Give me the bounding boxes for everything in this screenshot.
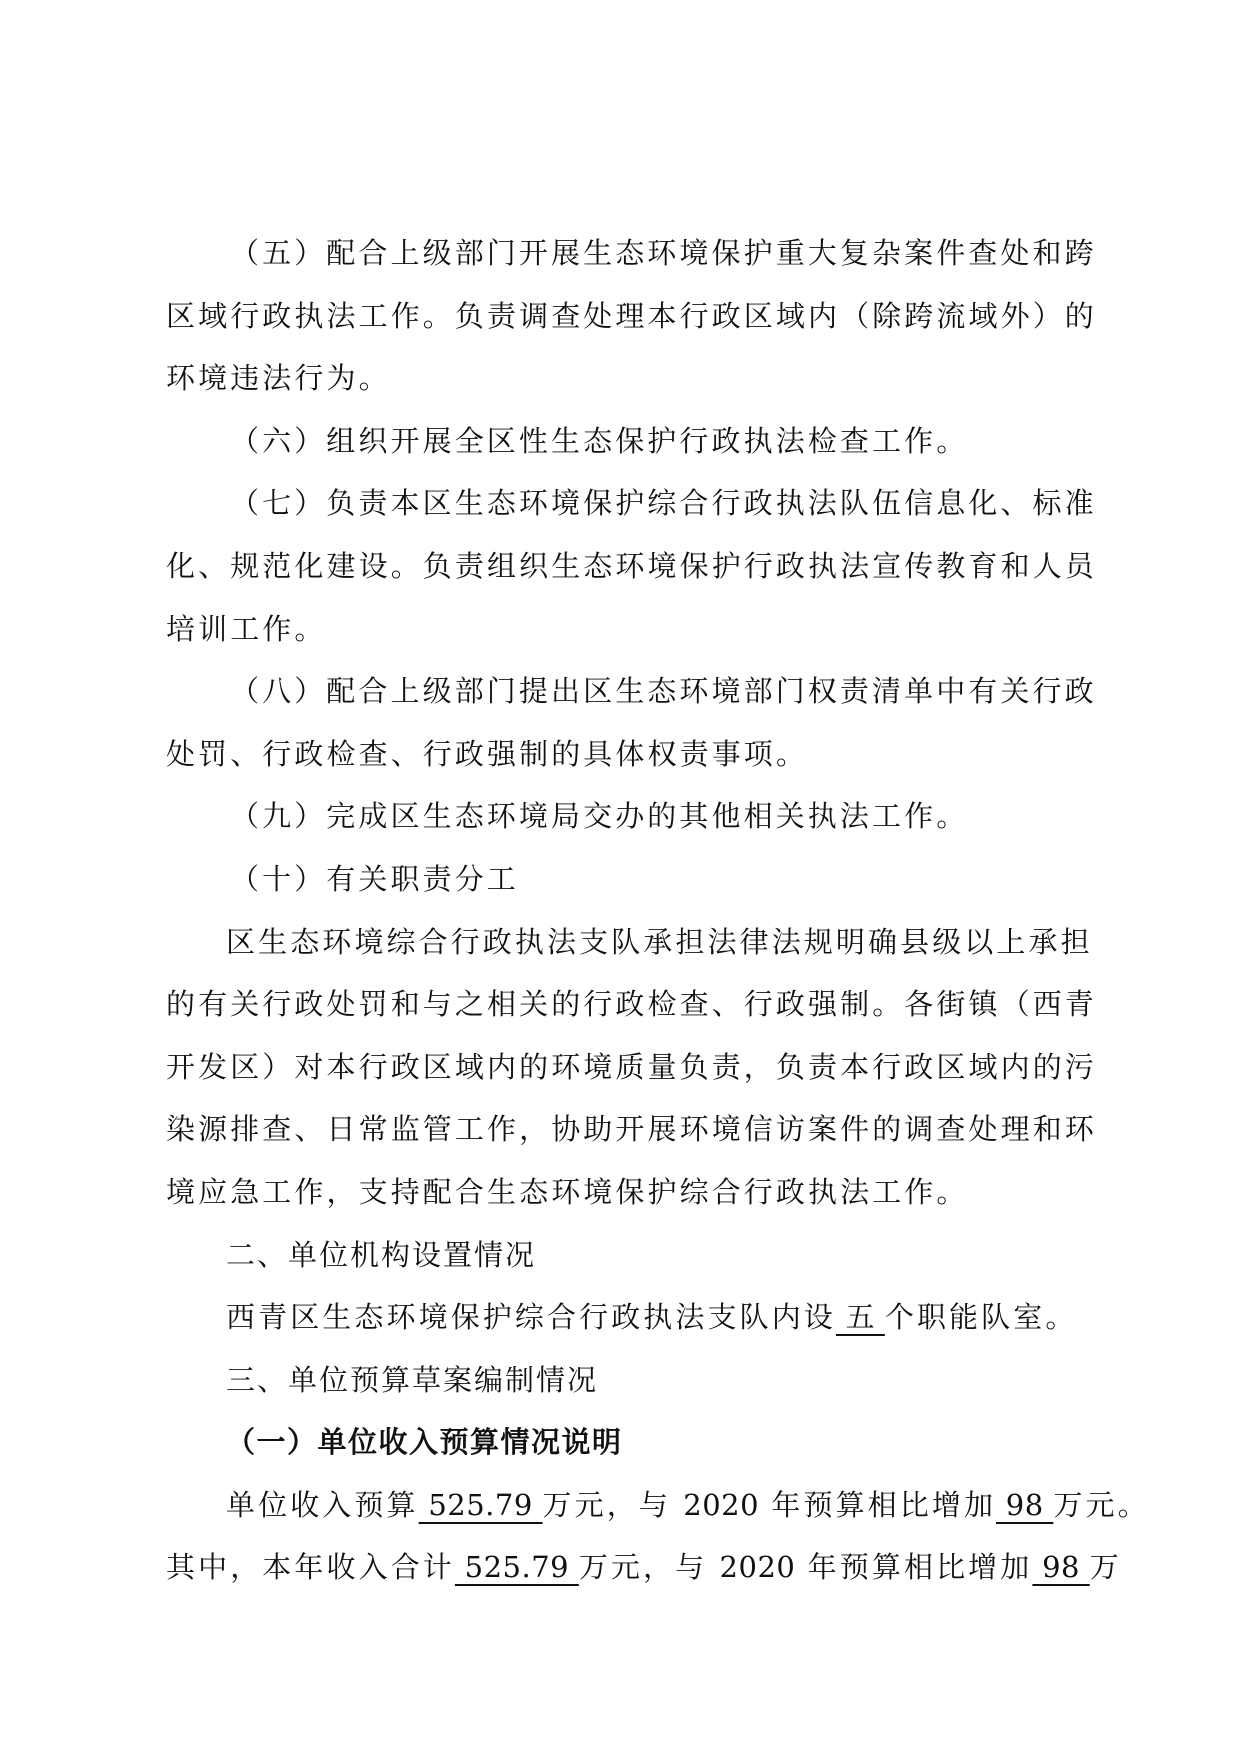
division-paragraph-line-3: 开发区）对本行政区域内的环境质量负责，负责本行政区域内的污 bbox=[166, 1036, 1070, 1099]
item-6-line-1: （六）组织开展全区性生态保护行政执法检查工作。 bbox=[166, 410, 1070, 473]
item-7-line-3: 培训工作。 bbox=[166, 598, 1070, 661]
item-7-line-2: 化、规范化建设。负责组织生态环境保护行政执法宣传教育和人员 bbox=[166, 535, 1070, 598]
total-text-c: 年预算相比增加 bbox=[795, 1550, 1032, 1584]
income-label: 单位收入预算 bbox=[226, 1488, 419, 1522]
income-text-d: 万元。 bbox=[1053, 1488, 1149, 1522]
total-amount-blank: 525.79 bbox=[455, 1550, 579, 1584]
section-3-heading: 三、单位预算草案编制情况 bbox=[166, 1349, 1070, 1412]
total-increase-blank: 98 bbox=[1032, 1550, 1089, 1584]
section-2-text-before: 西青区生态环境保护综合行政执法支队内设 bbox=[226, 1300, 836, 1334]
total-text-d: 万 bbox=[1090, 1550, 1122, 1584]
total-year: 2020 bbox=[720, 1550, 796, 1584]
item-10-line-1: （十）有关职责分工 bbox=[166, 848, 1070, 911]
income-amount-blank: 525.79 bbox=[419, 1488, 543, 1522]
section-2-text-after: 个职能队室。 bbox=[885, 1300, 1078, 1334]
division-paragraph-line-5: 境应急工作，支持配合生态环境保护综合行政执法工作。 bbox=[166, 1161, 1070, 1224]
division-paragraph-line-4: 染源排查、日常监管工作，协助开展环境信访案件的调查处理和环 bbox=[166, 1098, 1070, 1161]
income-year: 2020 bbox=[683, 1488, 759, 1522]
item-8-line-2: 处罚、行政检查、行政强制的具体权责事项。 bbox=[166, 723, 1070, 786]
item-9-line-1: （九）完成区生态环境局交办的其他相关执法工作。 bbox=[166, 785, 1070, 848]
item-8-line-1: （八）配合上级部门提出区生态环境部门权责清单中有关行政 bbox=[166, 660, 1070, 723]
income-budget-line-2: 其中，本年收入合计 525.79 万元，与 2020 年预算相比增加 98 万 bbox=[166, 1536, 1070, 1599]
division-paragraph-line-1: 区生态环境综合行政执法支队承担法律法规明确县级以上承担 bbox=[166, 911, 1070, 974]
item-5-line-2: 区域行政执法工作。负责调查处理本行政区域内（除跨流域外）的 bbox=[166, 285, 1070, 348]
office-count-blank: 五 bbox=[836, 1300, 885, 1334]
income-text-c: 年预算相比增加 bbox=[759, 1488, 996, 1522]
section-3-subheading: （一）单位收入预算情况说明 bbox=[166, 1411, 1070, 1474]
income-increase-blank: 98 bbox=[996, 1488, 1053, 1522]
income-budget-line-1: 单位收入预算 525.79 万元，与 2020 年预算相比增加 98 万元。 bbox=[166, 1474, 1070, 1537]
total-label: 其中，本年收入合计 bbox=[166, 1550, 455, 1584]
income-text-b: 万元，与 bbox=[543, 1488, 684, 1522]
total-text-b: 万元，与 bbox=[579, 1550, 720, 1584]
document-page: （五）配合上级部门开展生态环境保护重大复杂案件查处和跨 区域行政执法工作。负责调… bbox=[166, 222, 1070, 1599]
item-5-line-3: 环境违法行为。 bbox=[166, 347, 1070, 410]
division-paragraph-line-2: 的有关行政处罚和与之相关的行政检查、行政强制。各街镇（西青 bbox=[166, 973, 1070, 1036]
section-2-heading: 二、单位机构设置情况 bbox=[166, 1224, 1070, 1287]
item-5-line-1: （五）配合上级部门开展生态环境保护重大复杂案件查处和跨 bbox=[166, 222, 1070, 285]
item-7-line-1: （七）负责本区生态环境保护综合行政执法队伍信息化、标准 bbox=[166, 472, 1070, 535]
section-2-text: 西青区生态环境保护综合行政执法支队内设 五 个职能队室。 bbox=[166, 1286, 1070, 1349]
